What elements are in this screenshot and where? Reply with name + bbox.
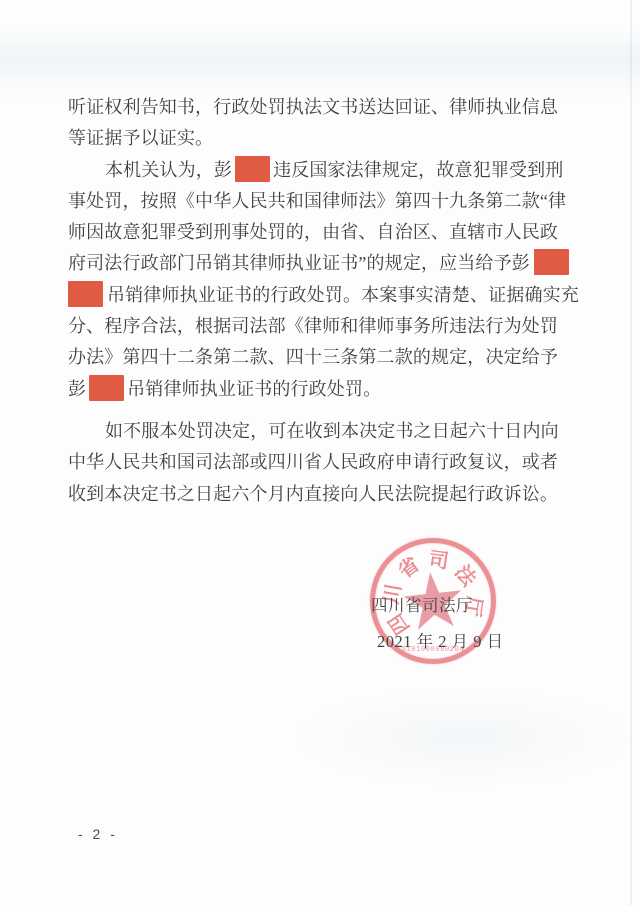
signature-authority: 四川省司法厅 bbox=[371, 592, 473, 616]
body-text-segment: 中华人民共和国司法部或四川省人民政府申请行政复议，或者 bbox=[68, 452, 558, 472]
body-text-segment: 吊销律师执业证书的行政处罚。 bbox=[127, 379, 381, 399]
body-line-3: 本机关认为，彭违反国家法律规定，故意犯罪受到刑 bbox=[68, 155, 568, 186]
body-line-9: 办法》第四十二条第二款、四十三条第二款的规定，决定给予 bbox=[68, 342, 568, 373]
body-text-segment: 收到本决定书之日起六个月内直接向人民法院提起行政诉讼。 bbox=[68, 484, 558, 504]
body-line-11: 如不服本处罚决定，可在收到本决定书之日起六十日内向 bbox=[68, 416, 568, 447]
scanned-document-page: 听证权利告知书，行政处罚执法文书送达回证、律师执业信息 等证据予以证实。 本机关… bbox=[0, 0, 640, 905]
redaction-box bbox=[534, 249, 569, 275]
body-line-5: 师因故意犯罪受到刑事处罚的，由省、自治区、直辖市人民政 bbox=[68, 217, 568, 248]
scan-artifact-band bbox=[0, 28, 640, 98]
body-text-segment: 彭 bbox=[68, 379, 86, 399]
body-line-10: 彭吊销律师执业证书的行政处罚。 bbox=[68, 374, 568, 405]
body-text-segment: 分、程序合法，根据司法部《律师和律师事务所违法行为处罚 bbox=[68, 316, 558, 336]
body-line-4: 事处罚，按照《中华人民共和国律师法》第四十九条第二款“律 bbox=[68, 186, 568, 217]
body-line-2: 等证据予以证实。 bbox=[68, 123, 568, 154]
body-line-8: 分、程序合法，根据司法部《律师和律师事务所违法行为处罚 bbox=[68, 311, 568, 342]
body-text-segment: 办法》第四十二条第二款、四十三条第二款的规定，决定给予 bbox=[68, 347, 558, 367]
seal-arc-char: 司 bbox=[427, 543, 451, 575]
body-text-segment: 府司法行政部门吊销其律师执业证书”的规定，应当给予彭 bbox=[68, 253, 530, 273]
body-text-segment: 听证权利告知书，行政处罚执法文书送达回证、律师执业信息 bbox=[68, 97, 558, 117]
seal-arc-char: 省 bbox=[391, 549, 424, 584]
body-text-segment: 事处罚，按照《中华人民共和国律师法》第四十九条第二款“律 bbox=[68, 191, 566, 211]
body-text-segment: 师因故意犯罪受到刑事处罚的，由省、自治区、直辖市人民政 bbox=[68, 222, 558, 242]
body-line-13: 收到本决定书之日起六个月内直接向人民法院提起行政诉讼。 bbox=[68, 479, 568, 510]
signature-date: 2021 年 2 月 9 日 bbox=[377, 628, 504, 652]
body-text-segment: 本机关认为，彭 bbox=[105, 160, 232, 180]
body-line-6: 府司法行政部门吊销其律师执业证书”的规定，应当给予彭 bbox=[68, 248, 568, 279]
redaction-box bbox=[89, 375, 124, 401]
body-text-segment: 违反国家法律规定，故意犯罪受到刑 bbox=[273, 160, 563, 180]
body-text-segment: 吊销律师执业证书的行政处罚。本案事实清楚、证据确实充 bbox=[107, 285, 579, 305]
body-line-12: 中华人民共和国司法部或四川省人民政府申请行政复议，或者 bbox=[68, 447, 568, 478]
page-number: - 2 - bbox=[78, 826, 118, 842]
document-body: 听证权利告知书，行政处罚执法文书送达回证、律师执业信息 等证据予以证实。 本机关… bbox=[68, 92, 568, 510]
scan-artifact-smudge bbox=[290, 688, 640, 788]
scan-artifact-edge bbox=[630, 0, 632, 905]
seal-arc-char: 法 bbox=[449, 558, 484, 592]
redaction-box bbox=[235, 156, 270, 182]
redaction-box bbox=[68, 281, 103, 307]
body-line-1: 听证权利告知书，行政处罚执法文书送达回证、律师执业信息 bbox=[68, 92, 568, 123]
body-text-segment: 等证据予以证实。 bbox=[68, 128, 213, 148]
body-text-segment: 如不服本处罚决定，可在收到本决定书之日起六十日内向 bbox=[105, 421, 559, 441]
body-line-7: 吊销律师执业证书的行政处罚。本案事实清楚、证据确实充 bbox=[68, 280, 568, 311]
